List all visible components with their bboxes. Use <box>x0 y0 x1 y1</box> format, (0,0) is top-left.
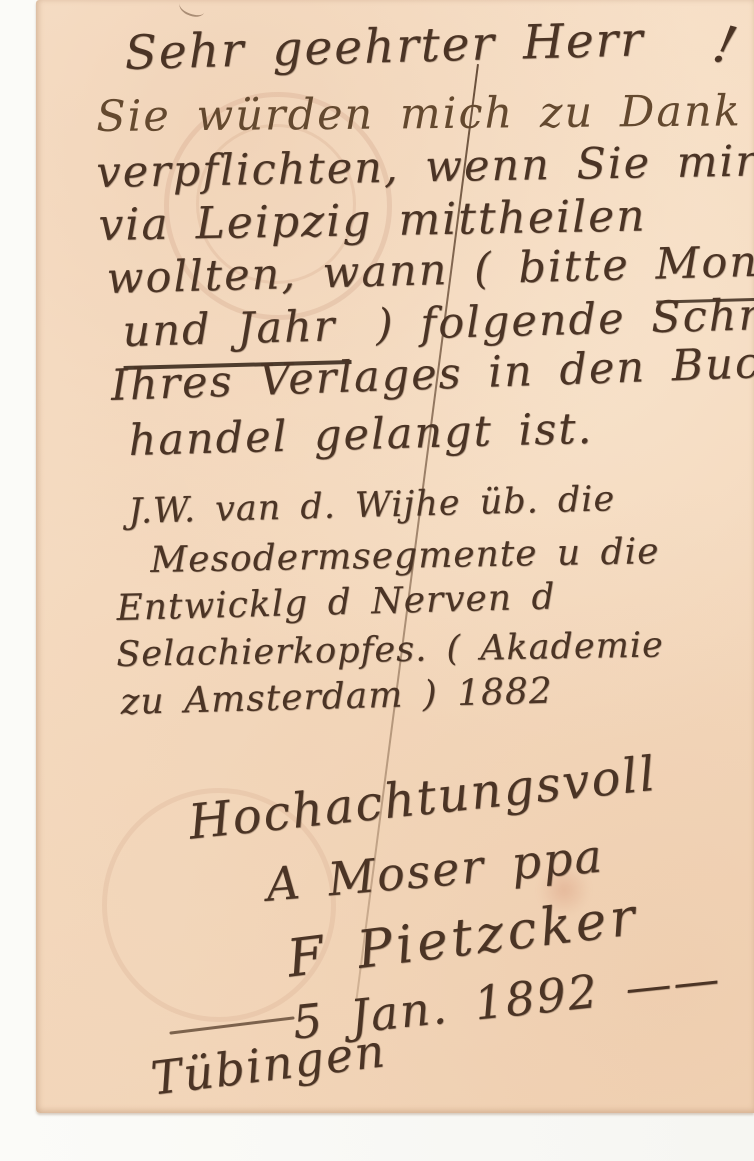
reference-line-title-1: Mesodermsegmente u die <box>150 531 660 581</box>
flourish-stroke <box>169 1016 294 1034</box>
salutation-exclamation-mark: ! <box>707 14 744 78</box>
reference-line-author: J.W. van d. Wijhe üb. die <box>128 479 616 532</box>
salutation-line: Sehr geehrter Herr <box>124 12 645 81</box>
reference-line-title-2: Entwicklg d Nerven d <box>116 577 556 629</box>
scanned-postcard: Sehr geehrter Herr ! Sie würden mich zu … <box>0 0 754 1161</box>
reference-line-publisher-year: zu Amsterdam ) 1882 <box>120 671 553 723</box>
message-line-2: verpflichten, wenn Sie mir <box>96 136 754 198</box>
reference-line-title-3: Selachierkopfes. ( Akademie <box>116 625 664 675</box>
message-line-1: Sie würden mich zu Dank <box>96 86 742 142</box>
message-line-7: handel gelangt ist. <box>128 404 594 466</box>
top-edge-pen-mark <box>177 0 207 20</box>
postcard-paper: Sehr geehrter Herr ! Sie würden mich zu … <box>36 0 754 1113</box>
place-line: Tübingen <box>148 1023 389 1105</box>
salutation-text: Sehr geehrter Herr <box>124 12 645 81</box>
